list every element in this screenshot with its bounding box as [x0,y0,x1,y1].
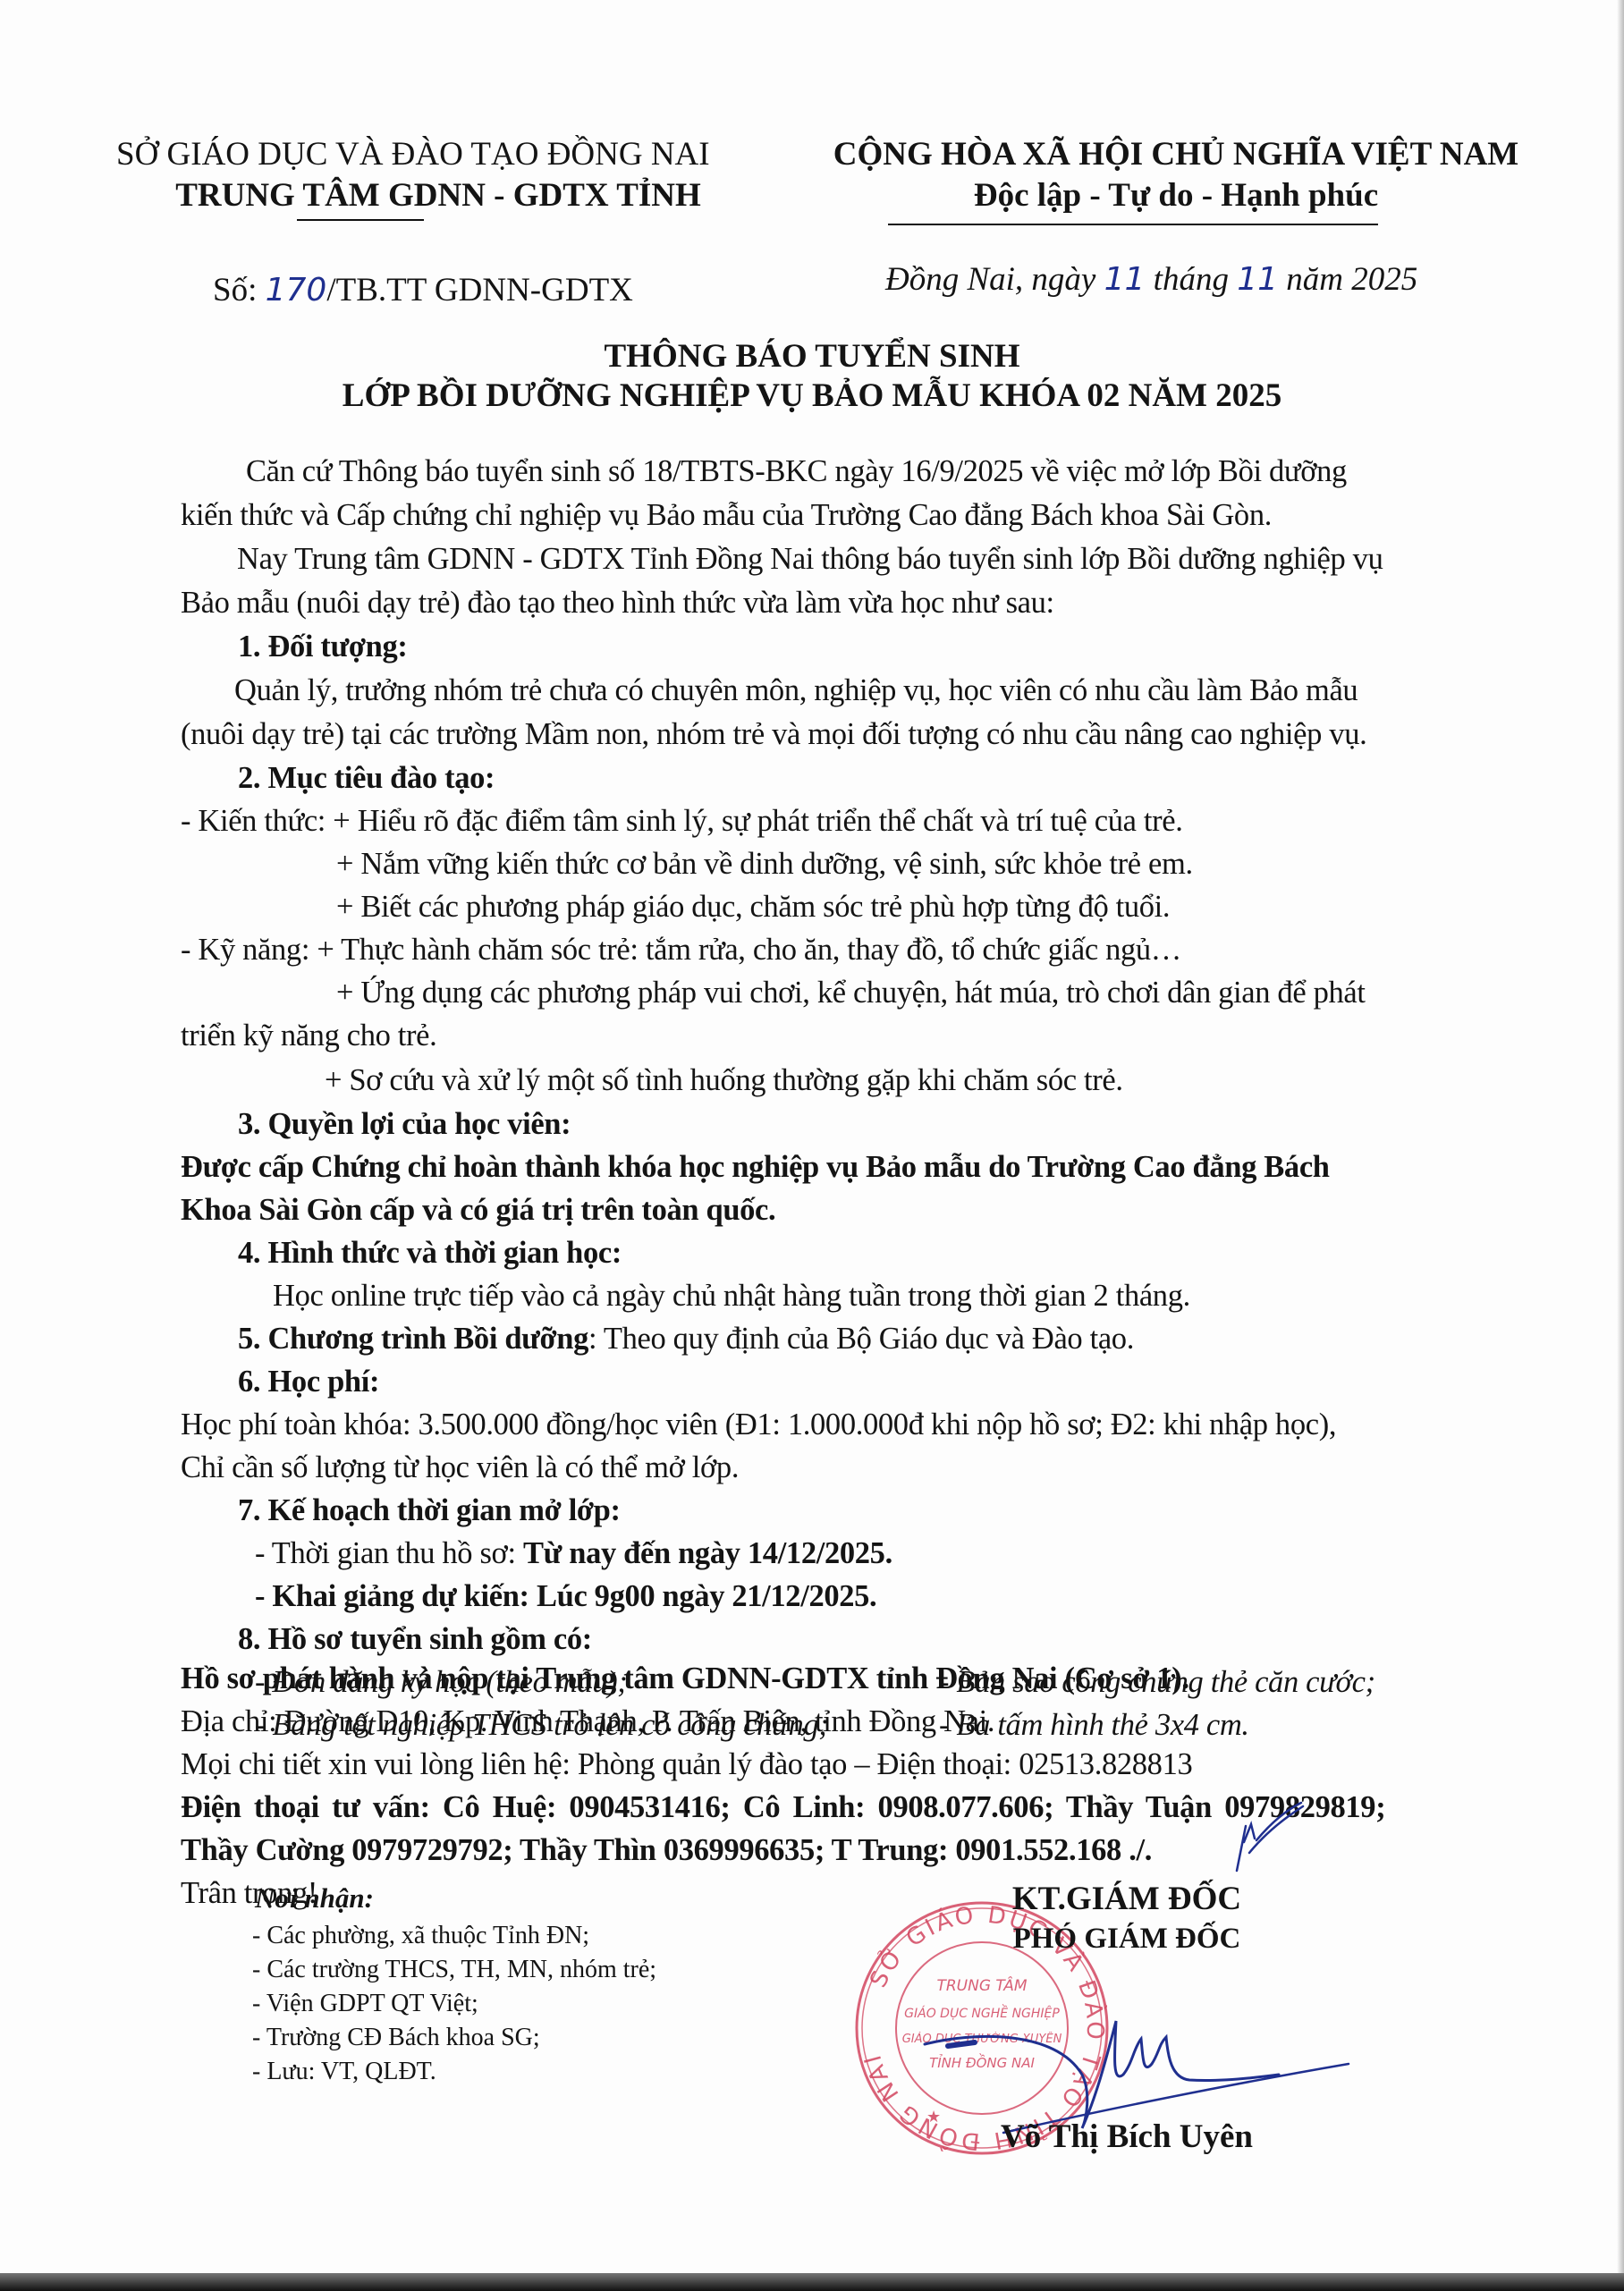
section-2-knowledge-1: - Kiến thức: + Hiểu rõ đặc điểm tâm sinh… [181,799,1182,843]
date-year: năm 2025 [1278,261,1417,298]
section-2-skills-3: triển kỹ năng cho trẻ. [181,1014,436,1058]
intro-p1-line1: Căn cứ Thông báo tuyển sinh số 18/TBTS-B… [246,450,1347,494]
section-1-heading: 1. Đối tượng: [238,625,408,669]
signer-title-1: KT.GIÁM ĐỐC [948,1880,1306,1919]
date-month-handwritten: 11 [1237,261,1278,298]
recipient-item-2: - Các trường THCS, TH, MN, nhóm trẻ; [252,1953,656,1987]
recipient-item-4: - Trường CĐ Bách khoa SG; [252,2021,540,2055]
section-7-line1-label: - Thời gian thu hồ sơ: [255,1536,523,1570]
document-page: SỞ GIÁO DỤC VÀ ĐÀO TẠO ĐỒNG NAI TRUNG TÂ… [0,0,1624,2291]
national-motto: Độc lập - Tự do - Hạnh phúc [814,175,1538,216]
section-5-text: : Theo quy định của Bộ Giáo dục và Đào t… [588,1322,1134,1356]
section-7-line1: - Thời gian thu hồ sơ: Từ nay đến ngày 1… [255,1532,892,1576]
section-7-heading: 7. Kế hoạch thời gian mở lớp: [238,1489,621,1533]
recipients-heading: Nơi nhận: [255,1881,374,1915]
section-6-line1: Học phí toàn khóa: 3.500.000 đồng/học vi… [181,1403,1336,1447]
recipient-item-3: - Viện GDPT QT Việt; [252,1987,478,2021]
section-3-line2: Khoa Sài Gòn cấp và có giá trị trên toàn… [181,1188,775,1232]
section-7-line1-value: Từ nay đến ngày 14/12/2025. [523,1536,892,1570]
section-7-line2: - Khai giảng dự kiến: Lúc 9g00 ngày 21/1… [255,1575,876,1619]
doc-subtitle: LỚP BỒI DƯỠNG NGHIỆP VỤ BẢO MẪU KHÓA 02 … [0,376,1624,417]
section-2-skills-1: - Kỹ năng: + Thực hành chăm sóc trẻ: tắm… [181,928,1181,972]
section-2-knowledge-3: + Biết các phương pháp giáo dục, chăm só… [336,885,1170,929]
date-month-label: tháng [1145,261,1237,298]
left-header-rule [297,219,424,221]
agency-name: SỞ GIÁO DỤC VÀ ĐÀO TẠO ĐỒNG NAI [116,134,689,175]
national-title: CỘNG HÒA XÃ HỘI CHỦ NGHĨA VIỆT NAM [814,134,1538,175]
right-header-rule [888,224,1378,225]
recipient-item-5: - Lưu: VT, QLĐT. [252,2055,436,2089]
section-2-skills-4: + Sơ cứu và xử lý một số tình huống thườ… [325,1059,1123,1103]
date-prefix: Đồng Nai, ngày [885,261,1104,298]
section-4-heading: 4. Hình thức và thời gian học: [238,1231,622,1275]
intro-p1-line2: kiến thức và Cấp chứng chỉ nghiệp vụ Bảo… [181,494,1272,537]
intro-p2-line1: Nay Trung tâm GDNN - GDTX Tỉnh Đồng Nai … [237,537,1383,581]
signer-name: Võ Thị Bích Uyên [930,2118,1324,2157]
contact-submit-line: Hồ sơ phát hành và nộp tại Trung tâm GDN… [181,1657,1189,1701]
signer-title-2: PHÓ GIÁM ĐỐC [948,1919,1306,1958]
section-6-heading: 6. Học phí: [238,1360,379,1404]
recipient-item-1: - Các phường, xã thuộc Tỉnh ĐN; [252,1919,589,1953]
section-5-heading: 5. Chương trình Bồi dưỡng [238,1322,588,1356]
contact-details: Mọi chi tiết xin vui lòng liên hệ: Phòng… [181,1743,1192,1787]
section-4-line1: Học online trực tiếp vào cả ngày chủ nhậ… [273,1274,1190,1318]
section-2-heading: 2. Mục tiêu đào tạo: [238,757,495,800]
section-2-skills-2: + Ứng dụng các phương pháp vui chơi, kể … [336,971,1366,1015]
initials-mark-icon [1230,1788,1319,1878]
issue-date: Đồng Nai, ngày 11 tháng 11 năm 2025 [885,259,1417,300]
contact-phones-line2: Thầy Cường 0979729792; Thầy Thìn 0369996… [181,1829,1152,1873]
contact-address: Địa chỉ: Đường D10, Kp. Vinh Thạnh, P. T… [181,1700,994,1744]
doc-number-handwritten: 170 [266,272,327,309]
section-1-line2: (nuôi dạy trẻ) tại các trường Mầm non, n… [181,713,1366,757]
doc-number: Số: 170/TB.TT GDNN-GDTX [213,270,633,311]
doc-number-prefix: Số: [213,272,266,309]
scan-right-edge [1617,0,1624,2291]
center-name: TRUNG TÂM GDNN - GDTX TỈNH [152,175,724,216]
contact-phones-line1: Điện thoại tư vấn: Cô Huệ: 0904531416; C… [181,1786,1385,1830]
section-2-knowledge-2: + Nắm vững kiến thức cơ bản về dinh dưỡn… [336,842,1193,886]
section-8-heading: 8. Hồ sơ tuyển sinh gồm có: [238,1618,592,1661]
section-3-line1: Được cấp Chứng chỉ hoàn thành khóa học n… [181,1145,1330,1189]
doc-title: THÔNG BÁO TUYỂN SINH [0,336,1624,377]
intro-p2-line2: Bảo mẫu (nuôi dạy trẻ) đào tạo theo hình… [181,581,1054,625]
doc-number-suffix: /TB.TT GDNN-GDTX [326,272,633,309]
section-6-line2: Chỉ cần số lượng từ học viên là có thể m… [181,1446,739,1490]
section-3-heading: 3. Quyền lợi của học viên: [238,1103,571,1146]
section-1-line1: Quản lý, trưởng nhóm trẻ chưa có chuyên … [234,669,1358,713]
scan-bottom-edge [0,2273,1624,2291]
date-day-handwritten: 11 [1104,261,1146,298]
section-5: 5. Chương trình Bồi dưỡng: Theo quy định… [238,1317,1134,1361]
